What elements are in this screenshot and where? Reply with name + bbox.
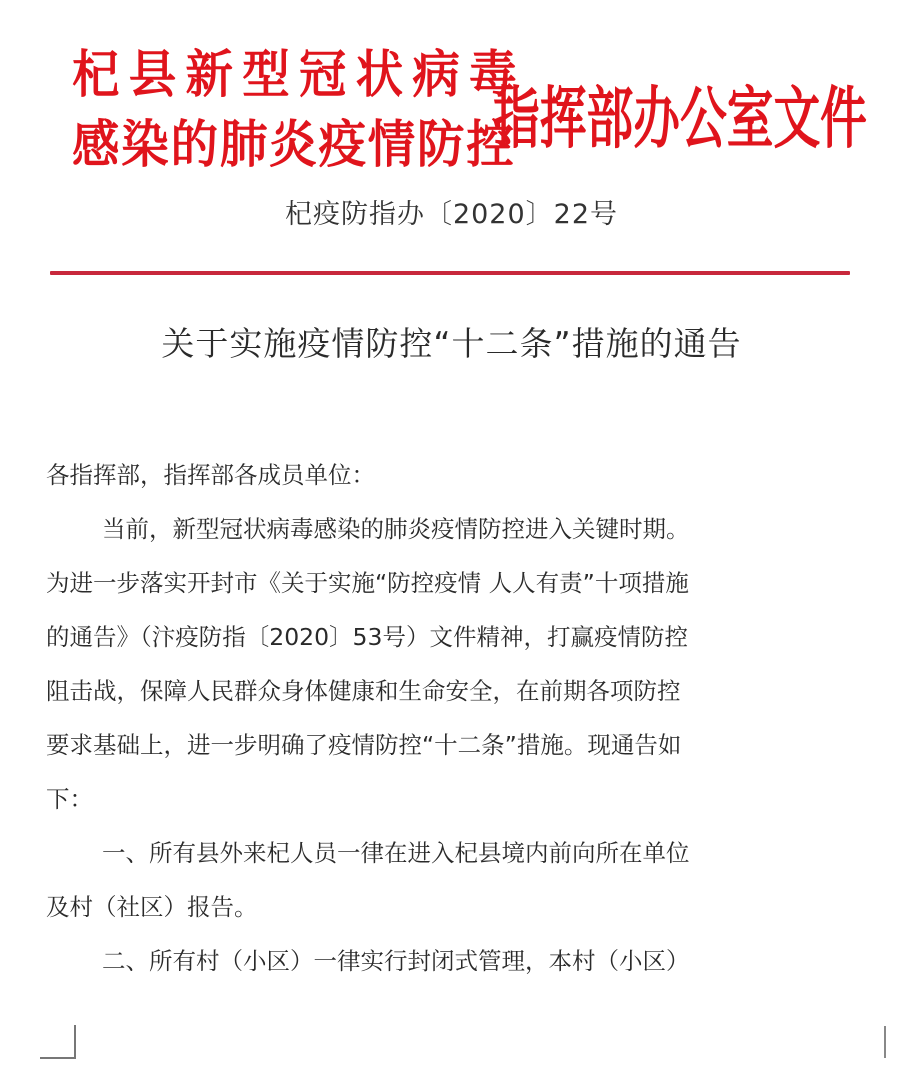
body-line: 为进一步落实开封市《关于实施“防控疫情 人人有责”十项措施 bbox=[46, 556, 861, 610]
masthead-line-1: 杞县新型冠状病毒 bbox=[72, 40, 463, 110]
masthead-issuer-name: 杞县新型冠状病毒 感染的肺炎疫情防控 bbox=[72, 40, 463, 180]
body-line: 阻击战，保障人民群众身体健康和生命安全，在前期各项防控 bbox=[46, 664, 861, 718]
body-line: 的通告》（汴疫防指〔2020〕53号）文件精神，打赢疫情防控 bbox=[46, 610, 861, 664]
body-line: 下： bbox=[46, 772, 861, 826]
salutation: 各指挥部，指挥部各成员单位： bbox=[46, 448, 861, 502]
masthead-line-2: 感染的肺炎疫情防控 bbox=[72, 110, 463, 180]
notice-title: 关于实施疫情防控“十二条”措施的通告 bbox=[0, 318, 903, 365]
measure-item-1: 一、所有县外来杞人员一律在进入杞县境内前向所在单位 bbox=[46, 826, 861, 880]
body-line: 要求基础上，进一步明确了疫情防控“十二条”措施。现通告如 bbox=[46, 718, 861, 772]
notice-body: 各指挥部，指挥部各成员单位： 当前，新型冠状病毒感染的肺炎疫情防控进入关键时期。… bbox=[46, 448, 861, 988]
measure-item-2: 二、所有村（小区）一律实行封闭式管理，本村（小区） bbox=[46, 934, 861, 988]
red-divider-line bbox=[50, 271, 850, 275]
body-line: 当前，新型冠状病毒感染的肺炎疫情防控进入关键时期。 bbox=[46, 502, 861, 556]
measure-item-1-cont: 及村（社区）报告。 bbox=[46, 880, 861, 934]
page-corner-mark-left bbox=[40, 1025, 76, 1059]
document-number: 杞疫防指办〔2020〕22号 bbox=[0, 192, 903, 231]
masthead: 杞县新型冠状病毒 感染的肺炎疫情防控 指挥部办公室文件 bbox=[0, 0, 903, 180]
page-corner-mark-right bbox=[884, 1026, 886, 1058]
document-page: 杞县新型冠状病毒 感染的肺炎疫情防控 指挥部办公室文件 杞疫防指办〔2020〕2… bbox=[0, 0, 903, 1071]
masthead-office-document: 指挥部办公室文件 bbox=[493, 66, 867, 172]
